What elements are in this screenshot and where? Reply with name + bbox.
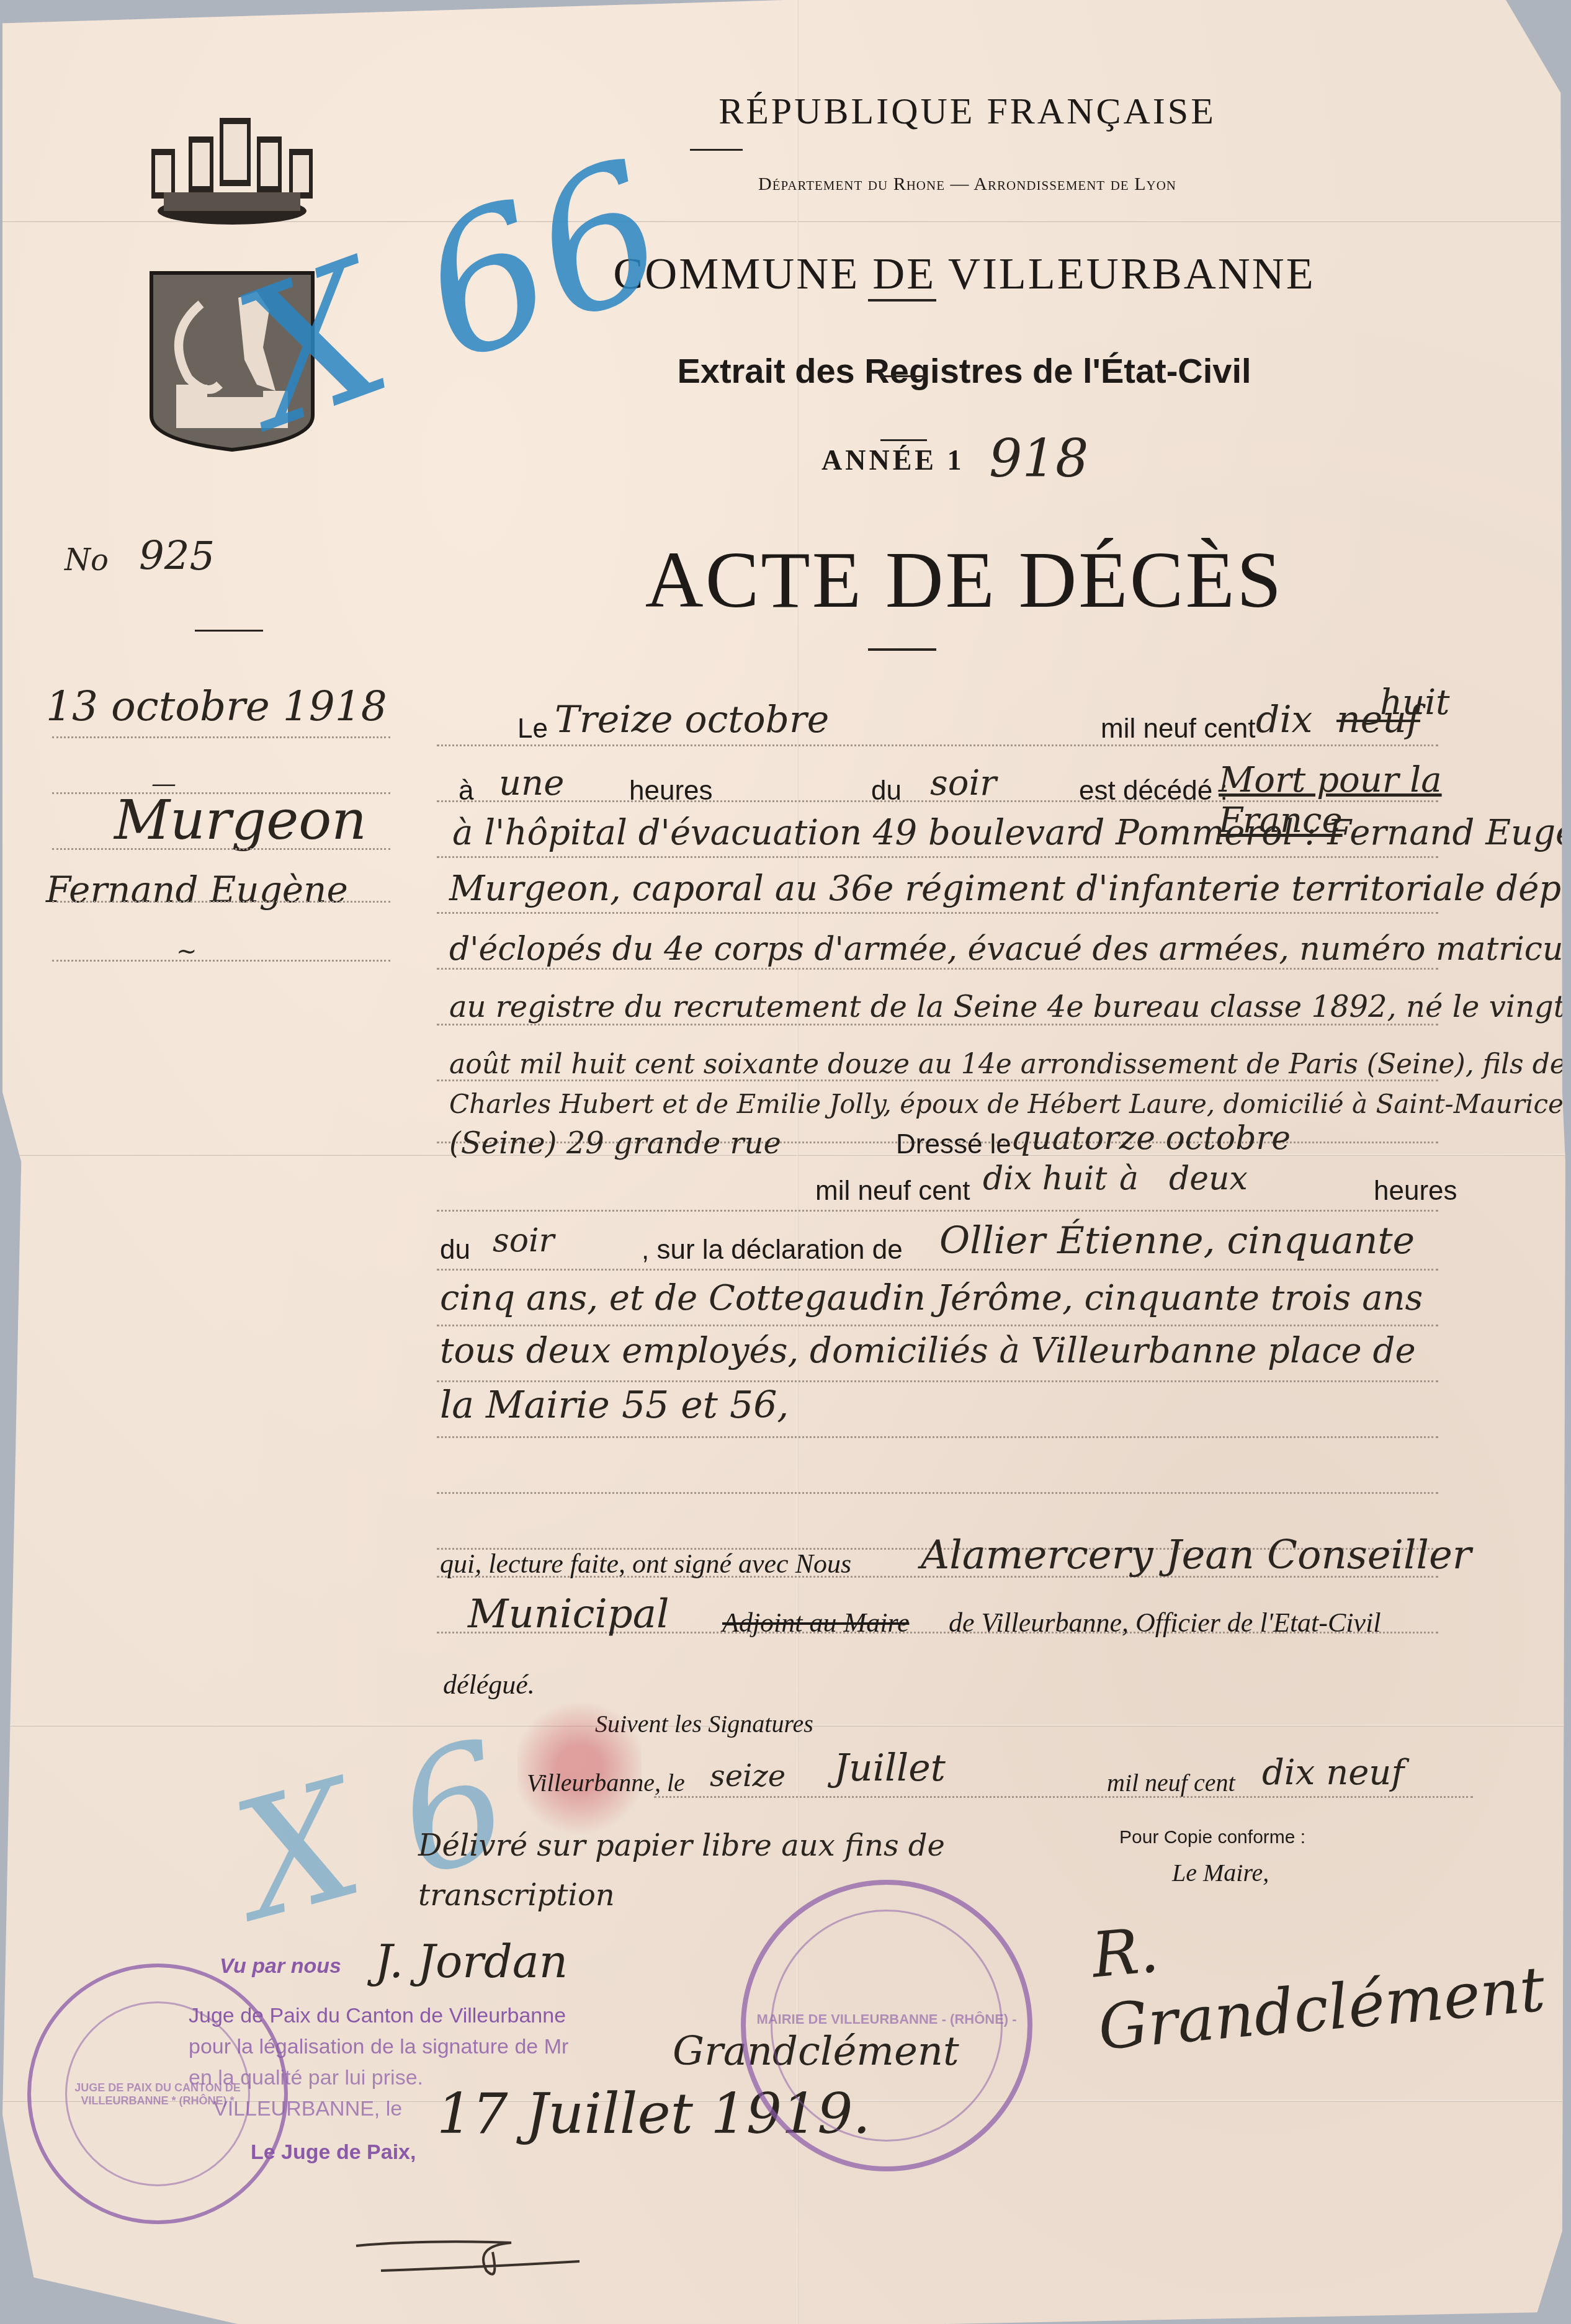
printed-text: Villeurbanne, le [527, 1768, 685, 1797]
printed-text: à [1119, 1160, 1139, 1197]
margin-surname: Murgeon [114, 788, 367, 852]
dotted-line [52, 959, 390, 962]
death-day: Treize octobre [555, 698, 829, 741]
juge-de-paix-stamp: JUGE DE PAIX DU CANTON DE VILLEURBANNE *… [27, 1964, 288, 2224]
copy-label: Pour Copie conforme : [1119, 1827, 1305, 1848]
printed-text: mil neuf cent [1107, 1768, 1235, 1797]
printed-text: à [459, 775, 473, 807]
body-line: août mil huit cent soixante douze au 14e… [449, 1048, 1566, 1080]
printed-text: Dressé le [896, 1129, 1011, 1160]
mayor-signature: R. Grandclément [1089, 1878, 1571, 2064]
year-handwritten: 918 [989, 428, 1088, 489]
printed-text: , sur la déclaration de [642, 1235, 903, 1266]
printed-text: mil neuf cent [815, 1176, 970, 1207]
printed-text: Le [517, 713, 548, 744]
body-line: la Mairie 55 et 56, [440, 1383, 789, 1427]
death-hour: une [499, 763, 564, 803]
death-year: dix [1256, 698, 1312, 741]
stamp-text: MAIRIE DE VILLEURBANNE - (RHÔNE) - [746, 2011, 1027, 2027]
dotted-line [52, 900, 390, 903]
printed-text: du [871, 775, 902, 807]
body-line: (Seine) 29 grande rue [449, 1126, 781, 1161]
printed-text: mil neuf cent [1101, 713, 1255, 744]
extract-heading: Extrait des Registres de l'État-Civil [499, 351, 1430, 391]
stamp-text: JUGE DE PAIX DU CANTON DE VILLEURBANNE *… [31, 2081, 284, 2107]
department-line: Département du Rhone — Arrondissement de… [611, 174, 1324, 195]
number-label: No [65, 543, 109, 578]
ornament-divider [195, 630, 263, 632]
margin-date: 13 octobre 1918 [46, 682, 387, 730]
stamp-text: Vu par nous [220, 1954, 341, 1978]
body-line: d'éclopés du 4e corps d'armée, évacué de… [449, 931, 1571, 968]
printed-text: heures [629, 775, 713, 807]
document-title: ACTE DE DÉCÈS [499, 534, 1430, 627]
mairie-stamp: MAIRIE DE VILLEURBANNE - (RHÔNE) - [741, 1880, 1032, 2171]
divider [690, 149, 743, 151]
printed-text: heures [1374, 1176, 1457, 1207]
officer-title: Municipal [468, 1591, 669, 1637]
officer-name: Alamercery Jean Conseiller [921, 1532, 1471, 1578]
act-number: 925 [139, 534, 215, 579]
issued-month: Juillet [834, 1746, 946, 1790]
year-label: ANNÉE 1 [821, 444, 965, 476]
year-correction: huit [1380, 682, 1450, 723]
issued-year: dix neuf [1262, 1753, 1404, 1793]
body-line: cinq ans, et de Cottegaudin Jérôme, cinq… [440, 1278, 1423, 1318]
dotted-line [52, 847, 390, 850]
drawn-date: quatorze octobre [1011, 1120, 1291, 1157]
printed-text: du [440, 1235, 470, 1266]
judge-signature-flourish [350, 2209, 586, 2283]
divider [868, 648, 936, 651]
mayor-label: Le Maire, [1172, 1858, 1269, 1887]
fold-line [2, 1154, 1569, 1156]
divider [868, 299, 936, 302]
printed-text: qui, lecture faite, ont signé avec Nous [440, 1548, 851, 1580]
body-line: à l'hôpital d'évacuation 49 boulevard Po… [452, 813, 1571, 853]
body-line: Murgeon, caporal au 36e régiment d'infan… [449, 869, 1571, 909]
body-line: au registre du recrutement de la Seine 4… [449, 990, 1571, 1024]
printed-text: est décédé : [1079, 775, 1228, 807]
drawn-year: dix huit [983, 1160, 1107, 1197]
drawn-hour: deux [1169, 1160, 1248, 1197]
divider [880, 439, 927, 441]
printed-text: de Villeurbanne, Officier de l'Etat-Civi… [949, 1607, 1381, 1638]
divider [880, 375, 927, 377]
dotted-line [437, 1449, 1438, 1494]
judge-signature-name: J. Jordan [375, 1936, 568, 1988]
margin-given-names: Fernand Eugène [46, 869, 348, 911]
death-period: soir [930, 763, 996, 803]
declarant-name: Ollier Étienne, cinquante [939, 1219, 1415, 1263]
dotted-line [52, 735, 390, 738]
struck-title: Adjoint au Maire [722, 1607, 909, 1638]
dotted-line [654, 1796, 1473, 1798]
document-sheet: RÉPUBLIQUE FRANÇAISE Département du Rhon… [2, 0, 1569, 2324]
issued-day: seize [710, 1759, 785, 1794]
republic-heading: RÉPUBLIQUE FRANÇAISE [611, 90, 1324, 133]
drawn-period: soir [493, 1222, 554, 1259]
body-line: tous deux employés, domiciliés à Villeur… [440, 1331, 1416, 1371]
